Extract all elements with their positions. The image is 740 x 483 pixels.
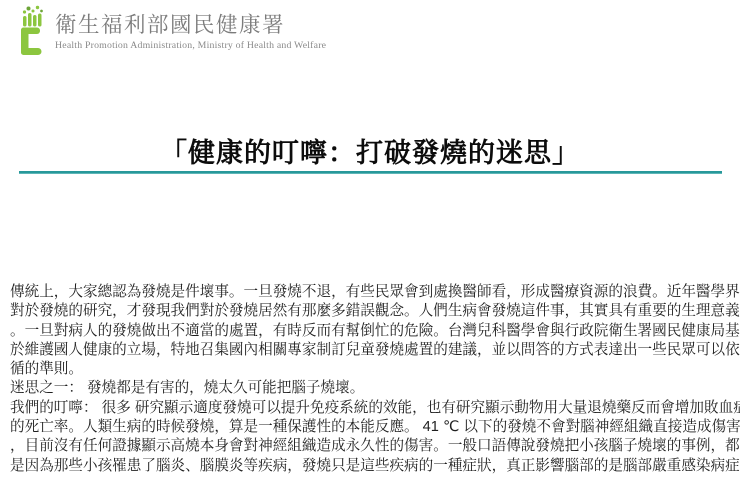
body-text-line: 循的準則。 (10, 360, 734, 379)
body-text-line: ，目前沒有任何證據顯示高燒本身會對神經組織造成永久性的傷害。一般口語傳說發燒把小… (10, 437, 734, 456)
agency-name-zh: 衛生福利部國民健康署 (55, 13, 326, 37)
hpa-logo (21, 5, 48, 55)
document-title: 「健康的叮嚀：打破發燒的迷思」 (0, 131, 740, 170)
article-body: 傳統上，大家總認為發燒是件壞事。一旦發燒不退，有些民眾會到處換醫師看，形成醫療資… (10, 283, 734, 476)
body-text-line: 迷思之一： 發燒都是有害的，燒太久可能把腦子燒壞。 (10, 379, 734, 398)
body-text-line: 的死亡率。人類生病的時候發燒，算是一種保護性的本能反應。 41 ℃ 以下的發燒不… (10, 418, 734, 437)
body-text-line: 於維護國人健康的立場，特地召集國內相關專家制訂兒童發燒處置的建議，並以問答的方式… (10, 341, 734, 360)
agency-name-en: Health Promotion Administration, Ministr… (55, 40, 326, 52)
body-text-line: 傳統上，大家總認為發燒是件壞事。一旦發燒不退，有些民眾會到處換醫師看，形成醫療資… (10, 283, 734, 302)
body-text-line: 。一旦對病人的發燒做出不適當的處置，有時反而有幫倒忙的危險。台灣兒科醫學會與行政… (10, 322, 734, 341)
site-header: 衛生福利部國民健康署 Health Promotion Administrati… (21, 5, 326, 55)
title-divider (19, 171, 722, 174)
body-text-line: 是因為那些小孩罹患了腦炎、腦膜炎等疾病，發燒只是這些疾病的一種症狀，真正影響腦部… (10, 457, 734, 476)
hpa-logo-icon (21, 5, 48, 55)
agency-name-block: 衛生福利部國民健康署 Health Promotion Administrati… (55, 5, 326, 52)
body-text-line: 我們的叮嚀： 很多 研究顯示適度發燒可以提升免疫系統的效能，也有研究顯示動物用大… (10, 399, 734, 418)
document-page: 衛生福利部國民健康署 Health Promotion Administrati… (0, 0, 740, 483)
body-text-line: 對於發燒的研究，才發現我們對於發燒居然有那麼多錯誤觀念。人們生病會發燒這件事，其… (10, 302, 734, 321)
